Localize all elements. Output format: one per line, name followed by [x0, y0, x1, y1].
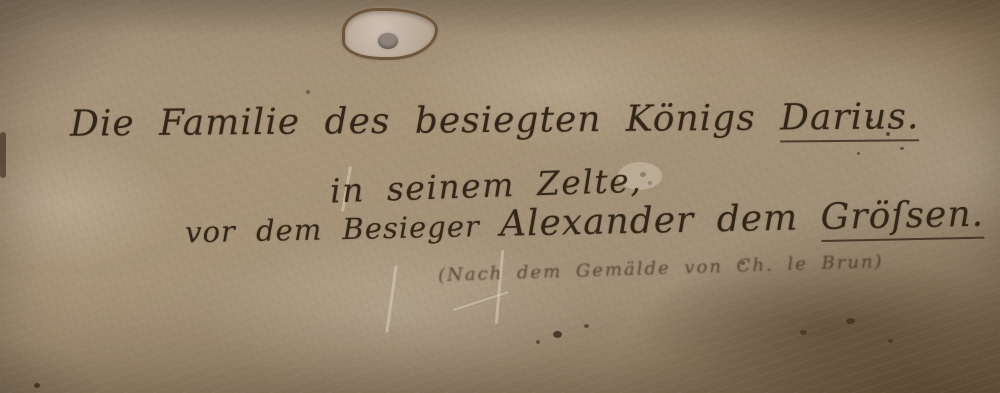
underlined-word-darius: Darius.: [780, 96, 920, 142]
stain-spot: [648, 181, 652, 185]
inscription-line3-main: Alexander dem: [500, 197, 821, 245]
stain-spot: [536, 340, 540, 344]
stain-spot: [888, 339, 893, 343]
inscription-line1-text: Die Familie des besiegten Königs: [70, 98, 781, 145]
inscription-line4-text: (Nach dem Gemälde von Ch. le Brun): [438, 251, 884, 286]
scratch-mark: [385, 265, 397, 333]
inscription-line-4-attribution: (Nach dem Gemälde von Ch. le Brun): [438, 251, 884, 286]
chip-core-spot: [378, 33, 398, 49]
paint-chip-blemish: [342, 8, 438, 60]
scratch-mark: [495, 250, 504, 324]
stain-spot: [800, 330, 807, 335]
inscription-line-3: vor dem Besieger Alexander dem Gröſsen.: [185, 194, 985, 252]
edge-stain: [0, 132, 6, 178]
inscription-line3-prefix: vor dem Besieger: [185, 209, 501, 250]
painting-back-photo: Die Familie des besiegten Königs Darius.…: [0, 0, 1000, 393]
stain-spot: [34, 383, 40, 388]
scratch-mark: [453, 291, 509, 311]
stain-spot: [306, 90, 310, 94]
underlined-word-groessen: Gröſsen.: [820, 194, 984, 242]
inscription-line-1: Die Familie des besiegten Königs Darius.: [70, 96, 920, 144]
ink-spatter: [900, 147, 904, 150]
stain-spot: [584, 324, 589, 328]
stain-spot: [553, 331, 562, 338]
ink-spatter: [857, 152, 860, 155]
stain-spot: [846, 318, 855, 324]
